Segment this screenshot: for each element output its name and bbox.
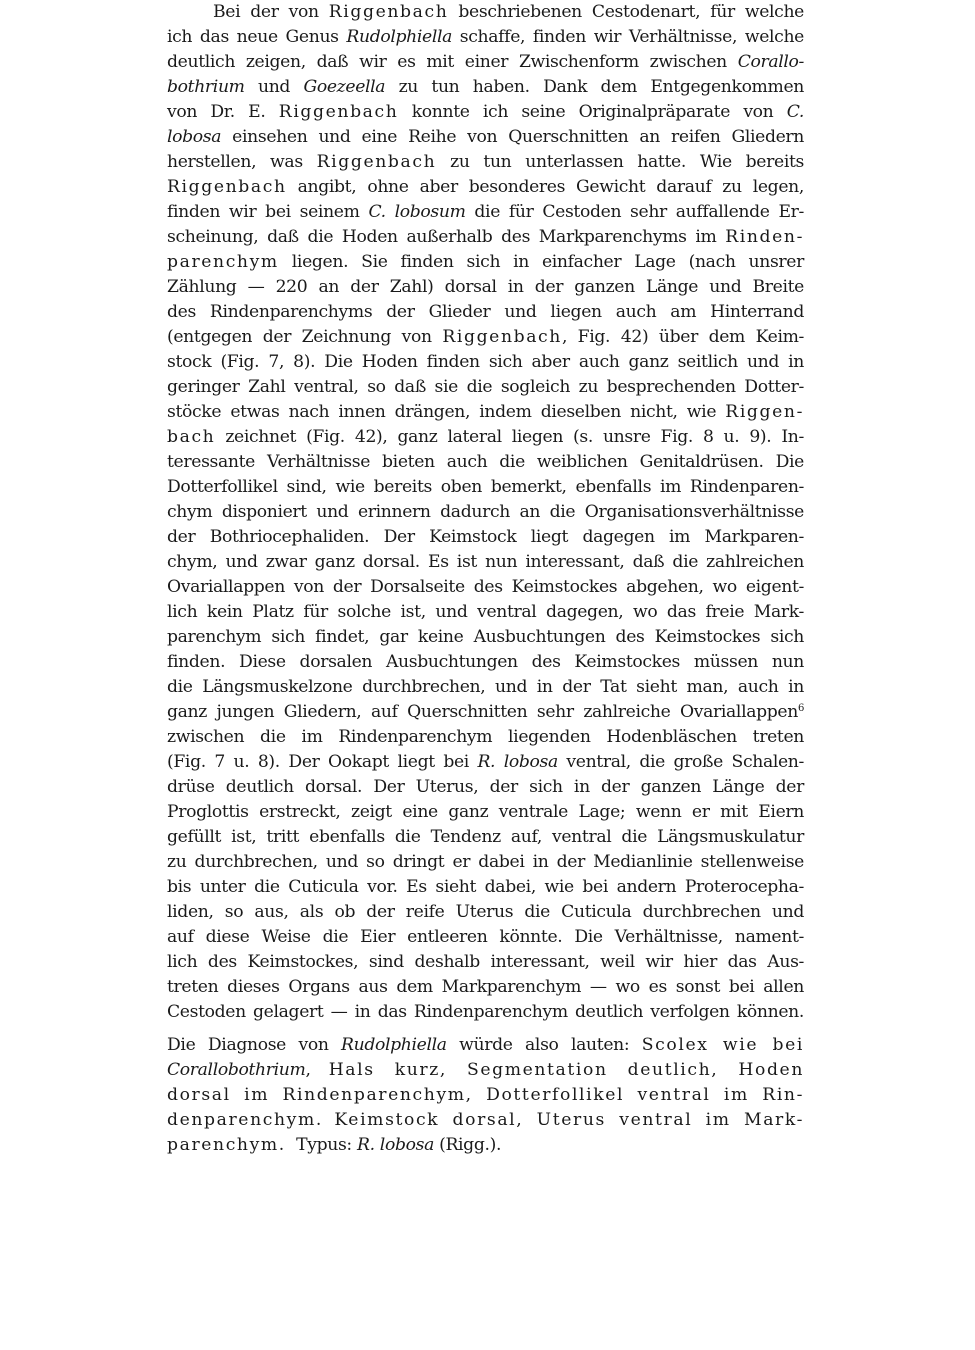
text-line: herstellen, was Riggenbach zu tun unterl… <box>167 150 804 175</box>
genus-name: Rudolphiella <box>346 27 452 47</box>
text-line: Proglottis erstreckt, zeigt eine ganz ve… <box>167 800 804 825</box>
text-line: drüse deutlich dorsal. Der Uterus, der s… <box>167 775 804 800</box>
text-line: treten dieses Organs aus dem Markparench… <box>167 975 804 1000</box>
text-line: auf diese Weise die Eier entleeren könnt… <box>167 925 804 950</box>
text-line: Dotterfollikel sind, wie bereits oben be… <box>167 475 804 500</box>
text-line: Die Diagnose von Rudolphiella würde also… <box>167 1033 804 1058</box>
text-line: bothrium und Goezeella zu tun haben. Dan… <box>167 75 804 100</box>
text-line: bis unter die Cuticula vor. Es sieht dab… <box>167 875 804 900</box>
text-line: finden wir bei seinem C. lobosum die für… <box>167 200 804 225</box>
text-line: stöcke etwas nach innen drängen, indem d… <box>167 400 804 425</box>
text-line: gefüllt ist, tritt ebenfalls die Tendenz… <box>167 825 804 850</box>
text-line: finden. Diese dorsalen Ausbuchtungen des… <box>167 650 804 675</box>
text-line: Riggenbach angibt, ohne aber besonderes … <box>167 175 804 200</box>
text-line: denparenchym. Keimstock dorsal, Uterus v… <box>167 1108 804 1133</box>
text-line: der Bothriocephaliden. Der Keimstock lie… <box>167 525 804 550</box>
text-line: des Rindenparenchyms der Glieder und lie… <box>167 300 804 325</box>
text-line: chym disponiert und erinnern dadurch an … <box>167 500 804 525</box>
text-line: Corallobothrium, Hals kurz, Segmentation… <box>167 1058 804 1083</box>
text-line: chym, und zwar ganz dorsal. Es ist nun i… <box>167 550 804 575</box>
text-line: lich kein Platz für solche ist, und vent… <box>167 600 804 625</box>
text-line: stock (Fig. 7, 8). Die Hoden finden sich… <box>167 350 804 375</box>
text-line: Ovariallappen von der Dorsalseite des Ke… <box>167 575 804 600</box>
text-line: die Längsmuskelzone durchbrechen, und in… <box>167 675 804 700</box>
text-line: von Dr. E. Riggenbach konnte ich seine O… <box>167 100 804 125</box>
text-line: teressante Verhältnisse bieten auch die … <box>167 450 804 475</box>
text-line: scheinung, daß die Hoden außerhalb des M… <box>167 225 804 250</box>
text-line: dorsal im Rindenparenchym, Dotterfollike… <box>167 1083 804 1108</box>
text-line: ganz jungen Gliedern, auf Querschnitten … <box>167 700 804 725</box>
text-line: parenchym liegen. Sie finden sich in ein… <box>167 250 804 275</box>
footnote-marker[interactable]: 6 <box>798 703 804 714</box>
text-line: (entgegen der Zeichnung von Riggenbach, … <box>167 325 804 350</box>
text-line: deutlich zeigen, daß wir es mit einer Zw… <box>167 50 804 75</box>
text-line: Bei der von Riggenbach beschriebenen Ces… <box>213 0 804 25</box>
text-line: ich das neue Genus Rudolphiella schaffe,… <box>167 25 804 50</box>
text-line: lich des Keimstockes, sind deshalb inter… <box>167 950 804 975</box>
text-line: zwischen die im Rindenparenchym liegende… <box>167 725 804 750</box>
text-line: liden, so aus, als ob der reife Uterus d… <box>167 900 804 925</box>
text-line: zu durchbrechen, und so dringt er dabei … <box>167 850 804 875</box>
text-line: lobosa einsehen und eine Reihe von Quers… <box>167 125 804 150</box>
text-line: Cestoden gelagert — in das Rindenparench… <box>167 1000 804 1025</box>
text-line: parenchym. Typus: R. lobosa (Rigg.). <box>167 1133 804 1158</box>
text-line: bach zeichnet (Fig. 42), ganz lateral li… <box>167 425 804 450</box>
text-line: parenchym sich findet, gar keine Ausbuch… <box>167 625 804 650</box>
text-line: (Fig. 7 u. 8). Der Ookapt liegt bei R. l… <box>167 750 804 775</box>
text-line: Zählung — 220 an der Zahl) dorsal in der… <box>167 275 804 300</box>
text-line: geringer Zahl ventral, so daß sie die so… <box>167 375 804 400</box>
